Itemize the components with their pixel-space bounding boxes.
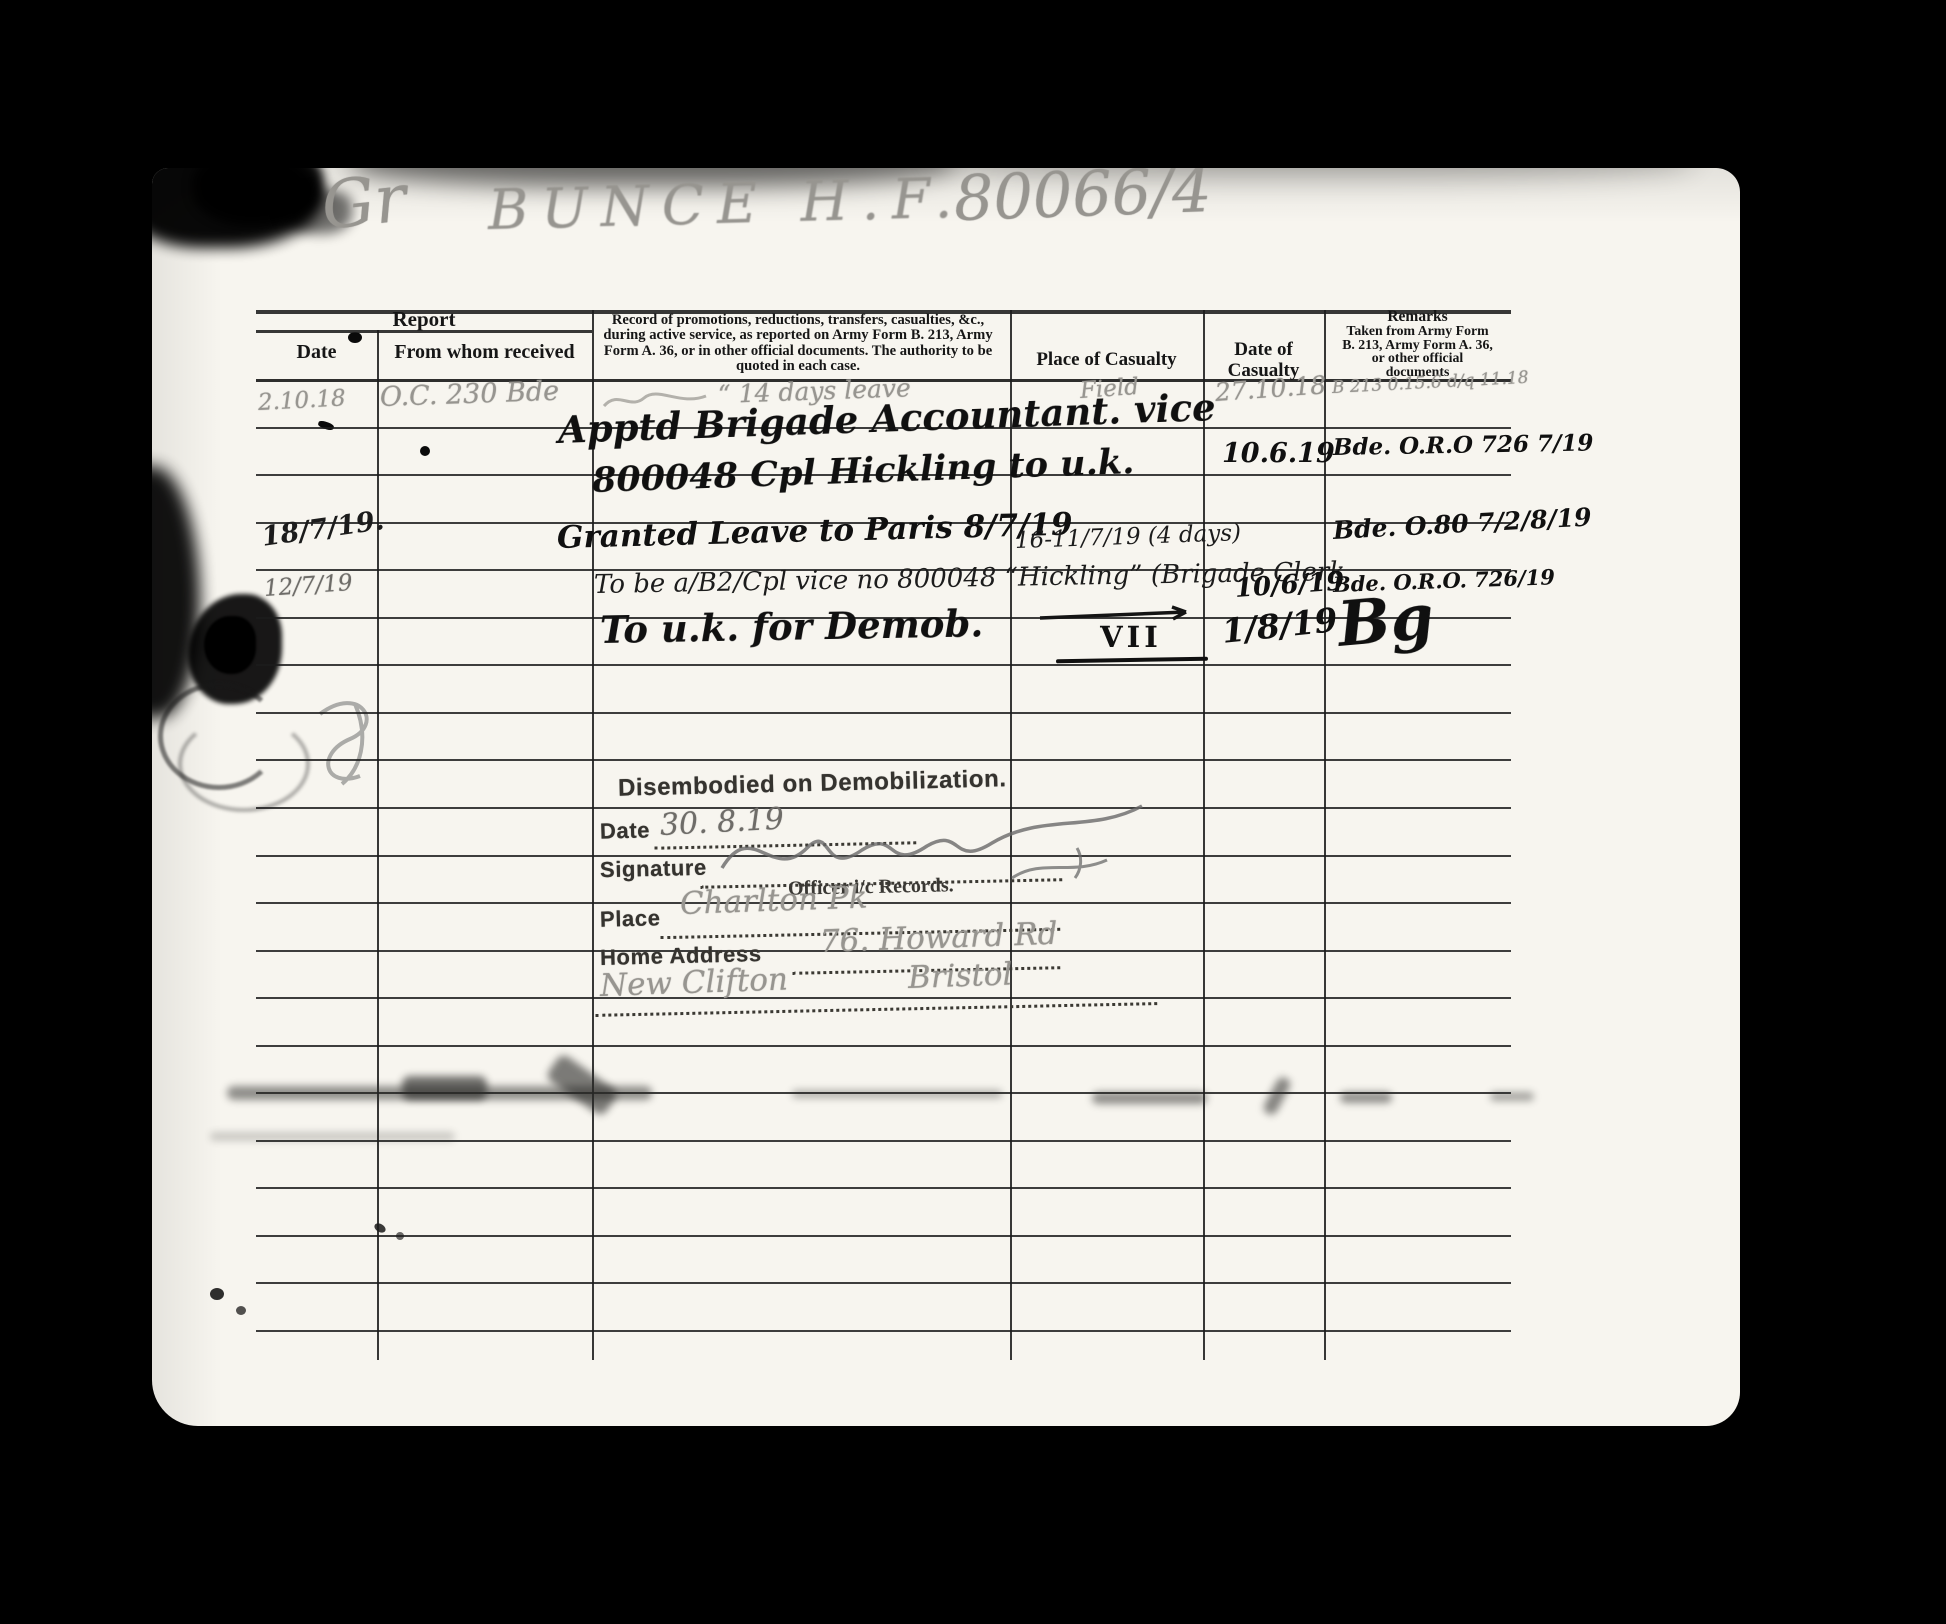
pencil-surname: BUNCE H.F.	[487, 168, 966, 242]
stamp-home-address-line3: Bristol	[907, 956, 1013, 996]
grid-line	[256, 1330, 1511, 1332]
stamp-signature-label: Signature	[600, 855, 707, 884]
signature-scrawl	[712, 788, 1172, 888]
entry-date: 12/7/19	[263, 570, 353, 602]
entry-record: Granted Leave to Paris 8/7/19	[557, 507, 1073, 556]
entry-from-whom: O.C. 230 Bde	[379, 376, 559, 413]
smudge	[1340, 1092, 1392, 1103]
header-record: Record of promotions, reductions, transf…	[596, 313, 1000, 375]
stamp-date-label: Date	[600, 817, 651, 844]
smudge	[1490, 1092, 1534, 1101]
header-remarks: Remarks Taken from Army Form B. 213, Arm…	[1324, 310, 1511, 379]
grid-line	[1203, 310, 1205, 1360]
document-paper: Gr BUNCE H.F. 80066/4 Report Date From w…	[152, 168, 1740, 1426]
pencil-service-number: 80066/4	[953, 168, 1213, 235]
ink-dot	[420, 446, 430, 456]
entry-remarks: Bg	[1335, 580, 1437, 661]
ink-dot	[317, 420, 334, 432]
entry-casualty-date: 10/6/19	[1234, 566, 1345, 604]
grid-line	[256, 759, 1511, 761]
grid-line	[256, 1235, 1511, 1237]
pencil-initials: Gr	[318, 168, 410, 245]
grid-line	[256, 902, 1511, 904]
entry-record: To be a/B2/Cpl vice no 800048 “Hickling”…	[594, 557, 1346, 600]
smudge	[1092, 1092, 1207, 1104]
scan-background: Gr BUNCE H.F. 80066/4 Report Date From w…	[0, 0, 1946, 1624]
header-from-whom: From whom received	[377, 342, 592, 364]
entry-remarks: Bde. O.R.O 726 7/19	[1333, 429, 1594, 461]
header-date: Date	[256, 342, 377, 364]
stamp-home-address-line2: New Clifton	[599, 961, 788, 1004]
smudge	[792, 1090, 1002, 1098]
grid-line	[256, 1282, 1511, 1284]
header-place-of-casualty: Place of Casualty	[1010, 350, 1203, 371]
pencil-scribble	[300, 684, 400, 794]
header-report: Report	[256, 308, 592, 331]
entry-record: To u.k. for Demob.	[600, 601, 984, 652]
grid-line	[256, 1187, 1511, 1189]
grid-line	[256, 712, 1511, 714]
grid-line	[256, 664, 1511, 666]
entry-casualty-date: 10.6.19	[1222, 438, 1335, 469]
ink-swirl	[178, 716, 310, 812]
ink-dot	[373, 1222, 387, 1235]
entry-record: 800048 Cpl Hickling to u.k.	[591, 441, 1135, 501]
stamp-place-label: Place	[600, 905, 661, 932]
stamp-place-value: Charlton Pk	[679, 879, 868, 922]
entry-casualty-date: 1/8/19	[1220, 600, 1339, 651]
entry-date: 2.10.18	[257, 385, 346, 416]
ink-dot	[236, 1306, 246, 1315]
smudge	[210, 1132, 455, 1141]
smudge	[402, 1076, 487, 1100]
entry-remarks: Bde. O.80 7/2/8/19	[1332, 502, 1592, 545]
smudge	[545, 1053, 620, 1118]
grid-line	[377, 330, 379, 1360]
ink-stain	[204, 616, 256, 674]
ink-dot	[210, 1288, 224, 1300]
smudge	[1261, 1075, 1292, 1117]
entry-date: 18/7/19.	[260, 505, 386, 553]
grid-line	[256, 1045, 1511, 1047]
underline-mark	[1056, 657, 1208, 664]
entry-place: VII	[1058, 620, 1204, 654]
